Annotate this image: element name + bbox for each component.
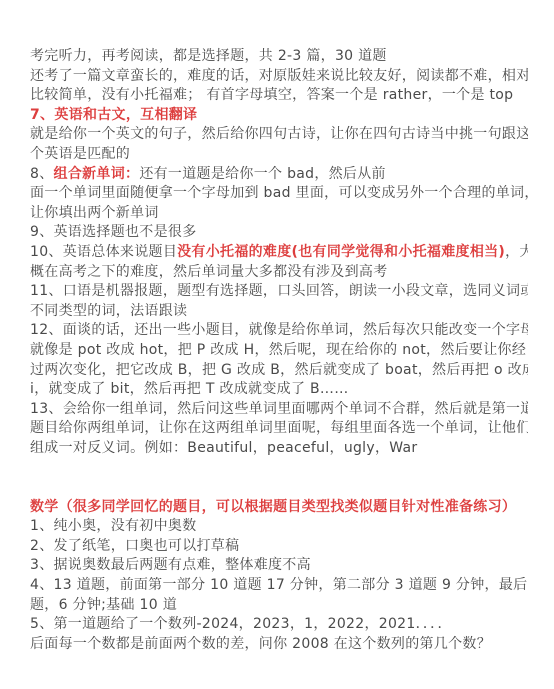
text-run: 2、发了纸笔，口奥也可以打草稿 xyxy=(30,538,239,554)
text-line: 4、13 道题，前面第一部分 10 道题 17 分钟，第二部分 3 道题 9 分… xyxy=(30,576,528,596)
document-page: 考完听力，再考阅读，都是选择题，共 2-3 篇，30 道题还考了一篇文章蛮长的，… xyxy=(0,0,554,689)
text-line: 概在高考之下的难度，然后单词量大多都没有涉及到高考 xyxy=(30,263,528,283)
text-line: 就是给你一个英文的句子，然后给你四句古诗，让你在四句古诗当中挑一句跟这 xyxy=(30,125,528,145)
text-run: 组成一对反义词。例如：Beautiful，peaceful，ugly，War xyxy=(30,440,417,456)
highlighted-text-run: 没有小托福的难度(也有同学觉得和小托福难度相当) xyxy=(177,244,505,260)
text-line: 不同类型的词，法语跟读 xyxy=(30,302,528,322)
text-line: 比较简单，没有小托福难； 有首字母填空，答案一个是 rather，一个是 top xyxy=(30,86,528,106)
blank-line xyxy=(30,458,528,478)
text-line: 13、会给你一组单词，然后问这些单词里面哪两个单词不合群，然后就是第一道 xyxy=(30,400,528,420)
highlighted-text-run: 7、英语和古文，互相翻译 xyxy=(30,107,197,123)
text-line: 11、口语是机器报题，题型有选择题，口头回答，朗读一小段文章，选同义词或 xyxy=(30,282,528,302)
text-run: 概在高考之下的难度，然后单词量大多都没有涉及到高考 xyxy=(30,264,388,280)
text-run: 后面每一个数都是前面两个数的差，问你 2008 在这个数列的第几个数？ xyxy=(30,636,491,652)
text-line: 过两次变化，把它改成 B，把 G 改成 B，然后就变成了 boat，然后再把 o… xyxy=(30,361,528,381)
text-run: 就像是 pot 改成 hot，把 P 改成 H，然后呢，现在给你的 not，然后… xyxy=(30,342,526,358)
text-run: 就是给你一个英文的句子，然后给你四句古诗，让你在四句古诗当中挑一句跟这 xyxy=(30,126,528,142)
text-run: 过两次变化，把它改成 B，把 G 改成 B，然后就变成了 boat，然后再把 o… xyxy=(30,362,528,378)
text-line: 让你填出两个新单词 xyxy=(30,204,528,224)
text-line: 就像是 pot 改成 hot，把 P 改成 H，然后呢，现在给你的 not，然后… xyxy=(30,341,528,361)
text-line: 题，6 分钟;基础 10 道 xyxy=(30,596,528,616)
text-run: 让你填出两个新单词 xyxy=(30,205,159,221)
text-line: 还考了一篇文章蛮长的，难度的话，对原版娃来说比较友好，阅读都不难，相对 xyxy=(30,67,528,87)
highlighted-text-run: 组合新单词： xyxy=(54,166,140,182)
text-line: 面一个单词里面随便拿一个字母加到 bad 里面，可以变成另外一个合理的单词， xyxy=(30,184,528,204)
text-line: 后面每一个数都是前面两个数的差，问你 2008 在这个数列的第几个数？ xyxy=(30,635,528,655)
text-line: 1、纯小奥，没有初中奥数 xyxy=(30,517,528,537)
text-run: 面一个单词里面随便拿一个字母加到 bad 里面，可以变成另外一个合理的单词， xyxy=(30,185,528,201)
text-run: 还有一道题是给你一个 bad，然后从前 xyxy=(139,166,386,182)
text-line: 9、英语选择题也不是很多 xyxy=(30,223,528,243)
text-run: 3、据说奥数最后两题有点难，整体难度不高 xyxy=(30,557,311,573)
text-line: 10、英语总体来说题目没有小托福的难度(也有同学觉得和小托福难度相当)，大 xyxy=(30,243,528,263)
blank-line xyxy=(30,478,528,498)
text-run: 8、 xyxy=(30,166,54,182)
text-run: 个英语是匹配的 xyxy=(30,146,130,162)
text-run: 题，6 分钟;基础 10 道 xyxy=(30,597,177,613)
text-line: 2、发了纸笔，口奥也可以打草稿 xyxy=(30,537,528,557)
text-line: 5、第一道题给了一个数列-2024，2023，1，2022，2021．．．． xyxy=(30,615,528,635)
text-line: 12、面谈的话，还出一些小题目，就像是给你单词，然后每次只能改变一个字母， xyxy=(30,321,528,341)
text-line: 题目给你两组单词，让你在这两组单词里面呢，每组里面各选一个单词，让他们 xyxy=(30,419,528,439)
text-line: 7、英语和古文，互相翻译 xyxy=(30,106,528,126)
text-run: 9、英语选择题也不是很多 xyxy=(30,224,197,240)
text-run: 比较简单，没有小托福难； 有首字母填空，答案一个是 rather，一个是 top xyxy=(30,87,513,103)
text-line: i，就变成了 bit，然后再把 T 改成就变成了 B…… xyxy=(30,380,528,400)
text-run: ，大 xyxy=(505,244,528,260)
text-run: 12、面谈的话，还出一些小题目，就像是给你单词，然后每次只能改变一个字母， xyxy=(30,322,528,338)
text-run: 考完听力，再考阅读，都是选择题，共 2-3 篇，30 道题 xyxy=(30,48,387,64)
text-line: 数学（很多同学回忆的题目，可以根据题目类型找类似题目针对性准备练习） xyxy=(30,498,528,518)
text-run: 不同类型的词，法语跟读 xyxy=(30,303,187,319)
text-line: 个英语是匹配的 xyxy=(30,145,528,165)
text-line: 组成一对反义词。例如：Beautiful，peaceful，ugly，War xyxy=(30,439,528,459)
text-line: 8、组合新单词：还有一道题是给你一个 bad，然后从前 xyxy=(30,165,528,185)
document-body: 考完听力，再考阅读，都是选择题，共 2-3 篇，30 道题还考了一篇文章蛮长的，… xyxy=(0,0,554,654)
text-run: 题目给你两组单词，让你在这两组单词里面呢，每组里面各选一个单词，让他们 xyxy=(30,420,528,436)
highlighted-text-run: 数学 xyxy=(30,499,59,515)
text-run: 还考了一篇文章蛮长的，难度的话，对原版娃来说比较友好，阅读都不难，相对 xyxy=(30,68,528,84)
text-run: 5、第一道题给了一个数列-2024，2023，1，2022，2021．．．． xyxy=(30,616,452,632)
text-run: 10、英语总体来说题目 xyxy=(30,244,177,260)
text-line: 3、据说奥数最后两题有点难，整体难度不高 xyxy=(30,556,528,576)
text-run: 11、口语是机器报题，题型有选择题，口头回答，朗读一小段文章，选同义词或 xyxy=(30,283,528,299)
highlighted-text-run: （很多同学回忆的题目，可以根据题目类型找类似题目针对性准备练习） xyxy=(59,499,517,515)
text-run: 13、会给你一组单词，然后问这些单词里面哪两个单词不合群，然后就是第一道 xyxy=(30,401,528,417)
text-line: 考完听力，再考阅读，都是选择题，共 2-3 篇，30 道题 xyxy=(30,47,528,67)
text-run: i，就变成了 bit，然后再把 T 改成就变成了 B…… xyxy=(30,381,349,397)
text-run: 1、纯小奥，没有初中奥数 xyxy=(30,518,197,534)
text-run: 4、13 道题，前面第一部分 10 道题 17 分钟，第二部分 3 道题 9 分… xyxy=(30,577,528,593)
